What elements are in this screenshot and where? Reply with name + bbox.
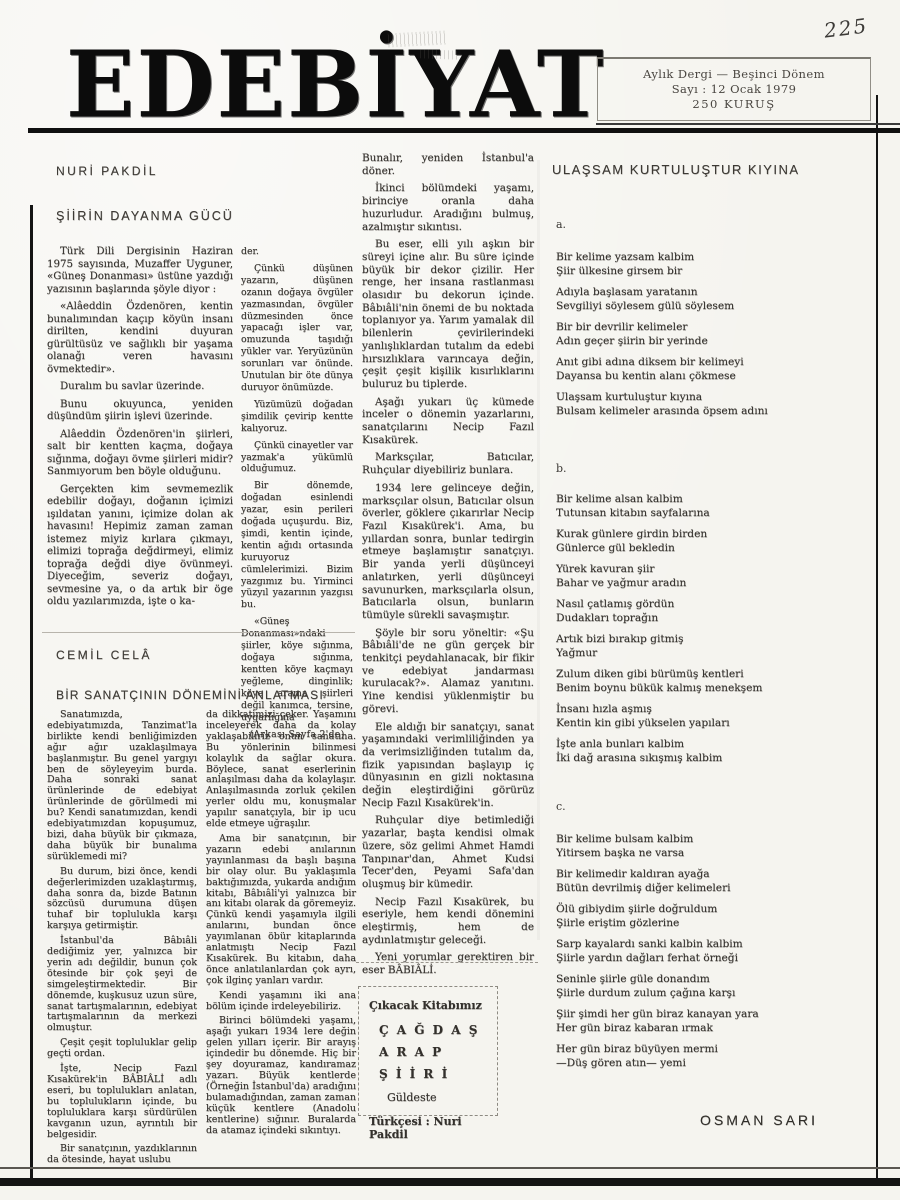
article1-column2: der. Çünkü düşünen yazarın, düşünen ozan… (241, 246, 353, 746)
paragraph: Sanatımızda, edebiyatımızda, Tanzimat'la… (47, 710, 197, 863)
poem-line: Bulsam kelimeler arasında öpsem adını (556, 404, 886, 418)
poem-line: Bir kelimedir kaldıran ayağa (556, 867, 886, 881)
stanza: Yürek kavuran şiir Bahar ve yağmur aradı… (556, 562, 886, 590)
middle-column-article: Bunalır, yeniden İstanbul'a döner. İkinc… (362, 152, 534, 982)
stanza: Artık bizi bırakıp gitmiş Yağmur (556, 632, 886, 660)
paragraph: 1934 lere gelinceye değin, marksçılar ol… (362, 482, 534, 622)
paragraph: Yeni yorumlar gerektiren bir eser BÂBIÂL… (362, 951, 534, 976)
poem-line: Bütün devrilmiş diğer kelimeleri (556, 881, 886, 895)
paragraph: Aşağı yukarı üç kümede inceler o dönemin… (362, 396, 534, 447)
paragraph: Ama bir sanatçının, bir yazarın edebi an… (206, 834, 356, 987)
poem-line: Şiirle eriştim gözlerine (556, 916, 886, 930)
stanza: Ölü gibiydim şiirle doğruldum Şiirle eri… (556, 902, 886, 930)
poem-line: Sevgiliyi söylesem gülü söylesem (556, 299, 886, 313)
paragraph: Bunu okuyunca, yeniden düşündüm şiirin i… (47, 399, 233, 424)
paragraph: Çünkü cinayetler var yazmak'a yükümlü ol… (241, 440, 353, 476)
poem-line: Adıyla başlasam yaratanın (556, 285, 886, 299)
poem-line: Benim boynu bükük kalmış menekşem (556, 681, 886, 695)
paragraph: Ele aldığı bir sanatçıyı, sanat yaşamınd… (362, 721, 534, 810)
handwritten-page-number: 225 (823, 13, 870, 42)
poem-line: Seninle şiirle güle donandım (556, 972, 886, 986)
box-top-separator (356, 962, 538, 963)
article1-column1: Türk Dili Dergisinin Haziran 1975 sayısı… (47, 246, 233, 614)
article2-column2: da dikkatimizi çeker. Yaşamını inceleyer… (206, 710, 356, 1140)
issue-info-line1: Aylık Dergi — Beşinci Dönem (598, 67, 870, 82)
paragraph: Çünkü düşünen yazarın, düşünen ozanın do… (241, 263, 353, 394)
poem-line: Nasıl çatlamış gördün (556, 597, 886, 611)
bottom-thick-rule (0, 1178, 900, 1186)
poem-line: Kentin kin gibi yükselen yapıları (556, 716, 886, 730)
stanza: Her gün biraz büyüyen mermi —Düş gören a… (556, 1042, 886, 1070)
magazine-page: EDEBİYAT Aylık Dergi — Beşinci Dönem Say… (0, 0, 900, 1200)
article2-column1: Sanatımızda, edebiyatımızda, Tanzimat'la… (47, 710, 197, 1170)
book-subtitle: Güldeste (387, 1091, 497, 1104)
upcoming-book-box: Çıkacak Kitabımız Ç A Ğ D A Ş A R A P Ş … (358, 986, 498, 1116)
poem-line: Tutunsan kitabın sayfalarına (556, 506, 886, 520)
poem-line: Bahar ve yağmur aradın (556, 576, 886, 590)
poem-line: Bir kelime alsan kalbim (556, 492, 886, 506)
paragraph: «Alâeddin Özdenören, kentin bunalımından… (47, 301, 233, 376)
section-divider (42, 632, 355, 633)
article1-author: NURİ PAKDİL (56, 164, 158, 178)
paragraph: İkinci bölümdeki yaşamı, birinciye oranl… (362, 182, 534, 233)
book-box-label: Çıkacak Kitabımız (369, 999, 497, 1012)
book-title-line: Ç A Ğ D A Ş (379, 1022, 497, 1038)
poem-author: OSMAN SARI (700, 1112, 818, 1128)
paragraph: Gerçekten kim sevmemezlik edebilir doğay… (47, 484, 233, 609)
paragraph: Bunalır, yeniden İstanbul'a döner. (362, 152, 534, 177)
poem-line: Ulaşsam kurtuluştur kıyına (556, 390, 886, 404)
poem-line: Yitirsem başka ne varsa (556, 846, 886, 860)
stanza: Bir kelimedir kaldıran ayağa Bütün devri… (556, 867, 886, 895)
stanza: Seninle şiirle güle donandım Şiirle durd… (556, 972, 886, 1000)
paragraph: Yüzümüzü doğadan şimdilik çevirip kentte… (241, 399, 353, 435)
paragraph: Bu eser, elli yılı aşkın bir süreyi için… (362, 238, 534, 390)
issue-info-line2: Sayı : 12 Ocak 1979 (598, 82, 870, 97)
poem-section-label: a. (556, 218, 566, 231)
paragraph: Bir sanatçının, yazdıklarının da ötesind… (47, 1144, 197, 1166)
scan-speck (420, 49, 460, 59)
stanza: Anıt gibi adına diksem bir kelimeyi Daya… (556, 355, 886, 383)
poem-line: Dayansa bu kentin alanı çökmese (556, 369, 886, 383)
poem-line: Şiir ülkesine girsem bir (556, 264, 886, 278)
poem-line: Bir kelime bulsam kalbim (556, 832, 886, 846)
poem-line: Anıt gibi adına diksem bir kelimeyi (556, 355, 886, 369)
paragraph: da dikkatimizi çeker. Yaşamını inceleyer… (206, 710, 356, 830)
poem-line: Yürek kavuran şiir (556, 562, 886, 576)
paragraph: Birinci bölümdeki yaşamı, aşağı yukarı 1… (206, 1016, 356, 1136)
paragraph: Türk Dili Dergisinin Haziran 1975 sayısı… (47, 246, 233, 296)
stanza: Ulaşsam kurtuluştur kıyına Bulsam kelime… (556, 390, 886, 418)
masthead-rule-right (596, 123, 900, 125)
stanza: Zulum diken gibi bürümüş kentleri Benim … (556, 667, 886, 695)
issue-price: 250 KURUŞ (598, 97, 870, 112)
stanza: Sarp kayalardı sanki kalbin kalbim Şiirl… (556, 937, 886, 965)
poem-line: Günlerce gül bekledin (556, 541, 886, 555)
poem-section-label: b. (556, 462, 567, 475)
book-title-line: Ş İ İ R İ (379, 1066, 497, 1082)
paragraph: İşte, Necip Fazıl Kısakürek'in BÂBIÂLİ a… (47, 1064, 197, 1140)
stanza: Bir kelime bulsam kalbim Yitirsem başka … (556, 832, 886, 860)
poem-line: Her gün biraz büyüyen mermi (556, 1042, 886, 1056)
paragraph: Duralım bu savlar üzerinde. (47, 381, 233, 394)
paragraph: Ruhçular diye betimlediği yazarlar, başt… (362, 814, 534, 890)
poem-line: Şiirle durdum zulum çağına karşı (556, 986, 886, 1000)
poem-section-c: Bir kelime bulsam kalbim Yitirsem başka … (556, 832, 886, 1077)
paragraph: Necip Fazıl Kısakürek, bu eseriyle, hem … (362, 896, 534, 947)
issue-info-box: Aylık Dergi — Beşinci Dönem Sayı : 12 Oc… (597, 57, 871, 121)
stanza: Bir kelime yazsam kalbim Şiir ülkesine g… (556, 250, 886, 278)
masthead-rule (28, 128, 900, 133)
poem-line: Adın geçer şiirin bir yerinde (556, 334, 886, 348)
poem-line: Her gün biraz kabaran ırmak (556, 1021, 886, 1035)
paragraph: Marksçılar, Batıcılar, Ruhçular diyebili… (362, 451, 534, 476)
scan-left-border (30, 205, 33, 1180)
poem-section-label: c. (556, 800, 566, 813)
poem-line: Bir bir devrilir kelimeler (556, 320, 886, 334)
article2-author: CEMİL CELÂ (56, 648, 152, 662)
poem-line: İki dağ arasına sıkışmış kalbim (556, 751, 886, 765)
poem-line: Bir kelime yazsam kalbim (556, 250, 886, 264)
poem-line: Zulum diken gibi bürümüş kentleri (556, 667, 886, 681)
poem-section-b: Bir kelime alsan kalbim Tutunsan kitabın… (556, 492, 886, 772)
article2-title: BİR SANATÇININ DÖNEMİNİ ANLATMASI (56, 688, 324, 702)
scan-crease (537, 160, 540, 940)
stanza: Şiir şimdi her gün biraz kanayan yara He… (556, 1007, 886, 1035)
poem-line: İnsanı hızla aşmış (556, 702, 886, 716)
poem-line: Şiir şimdi her gün biraz kanayan yara (556, 1007, 886, 1021)
poem-line: Dudakları toprağın (556, 611, 886, 625)
paragraph: Çeşit çeşit topluluklar gelip geçti orda… (47, 1038, 197, 1060)
stanza: İnsanı hızla aşmış Kentin kin gibi yükse… (556, 702, 886, 730)
poem-line: Artık bizi bırakıp gitmiş (556, 632, 886, 646)
stanza: İşte anla bunları kalbim İki dağ arasına… (556, 737, 886, 765)
book-translator: Türkçesi : Nuri Pakdil (369, 1115, 497, 1141)
article1-title: ŞİİRİN DAYANMA GÜCÜ (56, 209, 234, 223)
poem-section-a: Bir kelime yazsam kalbim Şiir ülkesine g… (556, 250, 886, 425)
stanza: Bir kelime alsan kalbim Tutunsan kitabın… (556, 492, 886, 520)
stanza: Kurak günlere girdin birden Günlerce gül… (556, 527, 886, 555)
paragraph: Bir dönemde, doğadan esinlendi yazar, es… (241, 480, 353, 611)
poem-line: Şiirle yardın dağları ferhat örneği (556, 951, 886, 965)
stanza: Bir bir devrilir kelimeler Adın geçer şi… (556, 320, 886, 348)
stanza: Nasıl çatlamış gördün Dudakları toprağın (556, 597, 886, 625)
poem-line: Yağmur (556, 646, 886, 660)
poem-line: Kurak günlere girdin birden (556, 527, 886, 541)
poem-line: —Düş gören atın— yemi (556, 1056, 886, 1070)
paragraph: İstanbul'da Bâbıâli dediğimiz yer, yalnı… (47, 936, 197, 1034)
stanza: Adıyla başlasam yaratanın Sevgiliyi söyl… (556, 285, 886, 313)
poem-line: İşte anla bunları kalbim (556, 737, 886, 751)
book-title-line: A R A P (379, 1044, 497, 1060)
paragraph: der. (241, 246, 353, 258)
paragraph: Alâeddin Özdenören'in şiirleri, salt bir… (47, 429, 233, 479)
paragraph: Kendi yaşamını iki ana bölüm içinde irde… (206, 991, 356, 1013)
poem-title: ULAŞSAM KURTULUŞTUR KIYINA (552, 162, 800, 177)
poem-line: Ölü gibiydim şiirle doğruldum (556, 902, 886, 916)
poem-line: Sarp kayalardı sanki kalbin kalbim (556, 937, 886, 951)
masthead-title: EDEBİYAT (66, 39, 606, 131)
paragraph: Şöyle bir soru yöneltir: «Şu Bâbıâli'de … (362, 627, 534, 716)
paragraph: Bu durum, bizi önce, kendi değerlerimizd… (47, 867, 197, 932)
